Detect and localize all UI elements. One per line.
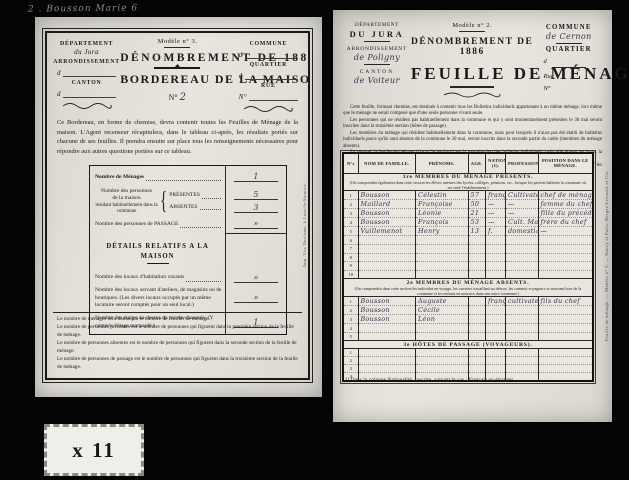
cell-profession [506, 324, 539, 333]
cell-nom [358, 332, 416, 341]
cell-age [468, 236, 486, 245]
commune-label: COMMUNE [534, 24, 604, 31]
cell-nationalite [486, 365, 506, 373]
cell-nom: Bousson [358, 297, 416, 306]
row-ateliers: Nombre des locaux servant d'ateliers, de… [90, 285, 286, 312]
row-passage: Nombre des personnes de PASSAGE » [90, 215, 286, 233]
cell-nationalite [486, 262, 506, 271]
cell-position: fils du chef [538, 297, 593, 306]
section2-heading: 2e MEMBRES DU MÉNAGE ABSENTS. [343, 279, 593, 287]
column-header: NOM DE FAMILLE. [358, 153, 416, 173]
cell-age [468, 297, 486, 306]
cell-profession [506, 332, 539, 341]
cell-position [538, 270, 593, 279]
presentes-value: 5 [234, 190, 278, 200]
cell-position: fille du précéd. [538, 209, 593, 218]
cell-nom: Bousson [358, 209, 416, 218]
cell-prenoms [416, 332, 469, 341]
cell-num: 3 [343, 209, 358, 218]
cell-age: 21 [468, 209, 486, 218]
cell-profession: Cultivateur [506, 191, 539, 200]
printer-imprint: Feuille de ménage. — Modèle n° 2. — Nanc… [604, 170, 609, 341]
menage-table: N°sNOM DE FAMILLE.PRÉNOMS.AGE.NATIONALIT… [342, 152, 594, 382]
column-header: PRÉNOMS. [416, 153, 469, 173]
cell-prenoms [416, 262, 469, 271]
cell-position: frère du chef [538, 218, 593, 227]
commune-value: de Cernon [534, 32, 604, 41]
cell-nationalite [486, 315, 506, 324]
arrondissement-label: ARRONDISSEMENT [343, 46, 411, 52]
table-row: 8 [343, 253, 593, 262]
cell-profession [506, 245, 539, 254]
vacants-value: » [234, 273, 278, 283]
cell-num: 3 [343, 315, 358, 324]
ornament-divider: ◆ [154, 67, 200, 69]
section1-note: (On comprendra également dans cette sect… [343, 181, 593, 191]
cell-profession [506, 315, 539, 324]
handwritten-index-annotation: 2 . Bousson Marie 6 [28, 3, 138, 14]
cell-nom [358, 349, 416, 357]
section3-rows: 1234 [343, 349, 593, 381]
cell-position [538, 245, 593, 254]
cell-position [538, 236, 593, 245]
cell-prenoms [416, 270, 469, 279]
canton-label: CANTON [343, 69, 411, 75]
maison-numero: N° 2 [120, 92, 235, 103]
commune-label: COMMUNE [235, 41, 302, 47]
cell-nationalite [486, 357, 506, 365]
cell-profession: — [506, 200, 539, 209]
section2-note: (On comprendra dans cette section les in… [343, 287, 593, 297]
cell-num: 9 [343, 262, 358, 271]
section3-heading: 3e HÔTES DE PASSAGE (VOYAGEURS). [343, 341, 593, 349]
cell-position: — [538, 227, 593, 236]
cell-position [538, 315, 593, 324]
table-row: 3BoussonLéonie21——fille du précéd. [343, 209, 593, 218]
cell-prenoms [416, 236, 469, 245]
brace: { [160, 185, 167, 219]
footnote: Le nombre de personnes présentes est le … [57, 324, 298, 340]
column-header: NATIONALITÉ (1). [486, 153, 506, 173]
corner-departement: DÉPARTEMENT du Jura ARRONDISSEMENT d CAN… [53, 38, 120, 112]
cell-num: 6 [343, 236, 358, 245]
cell-num: 8 [343, 253, 358, 262]
right-masthead: Modèle n° 2. DÉNOMBREMENT DE 1886 FEUILL… [411, 22, 534, 98]
arrondissement-label: ARRONDISSEMENT [53, 59, 120, 65]
flourish-squiggle [442, 91, 502, 98]
table-row: 7 [343, 245, 593, 254]
cell-prenoms: Léon [416, 315, 469, 324]
table-row: 2BoussonCécile [343, 306, 593, 315]
column-header: N°s [343, 153, 358, 173]
cell-num: 5 [343, 332, 358, 341]
row-personnes: Nombre des personnes de la maison résida… [90, 188, 286, 215]
table-row: 2MaillardFrançoise50——femme du chef [343, 200, 593, 209]
cell-nom [358, 357, 416, 365]
cell-nationalite [486, 270, 506, 279]
footnotes: Le nombre de ménages sera donné par le n… [53, 312, 302, 374]
cell-age [468, 315, 486, 324]
cell-num: 7 [343, 245, 358, 254]
cell-position [538, 262, 593, 271]
column-header: POSITION DANS LE MÉNAGE. [538, 153, 593, 173]
feuille-menage-title: FEUILLE DE MÉNAGE [411, 64, 534, 84]
bordereau-instructions: Ce Bordereau, en forme de chemise, devra… [47, 112, 308, 156]
cell-num: 2 [343, 357, 358, 365]
cell-profession [506, 262, 539, 271]
cell-num: 2 [343, 200, 358, 209]
table-row: 3 [343, 365, 593, 373]
cell-num: 1 [343, 297, 358, 306]
cell-num: 1 [343, 349, 358, 357]
cell-age: 53 [468, 218, 486, 227]
cell-age [468, 365, 486, 373]
left-masthead: Modèle n° 3. DÉNOMBREMENT DE 1886 ◆ BORD… [120, 38, 235, 112]
flourish-squiggle [61, 101, 113, 109]
table-row: 6 [343, 236, 593, 245]
table-row: 1BoussonCélestin57françaisCultivateurche… [343, 191, 593, 200]
cell-num: 3 [343, 365, 358, 373]
modele-label: Modèle n° 2. [411, 22, 534, 29]
cell-age [468, 245, 486, 254]
cell-nationalite [486, 332, 506, 341]
table-row: 1BoussonAugustefrançaiscultivateurfils d… [343, 297, 593, 306]
footnote: Le nombre de personnes absentes est le n… [57, 340, 298, 356]
cell-position [538, 253, 593, 262]
printer-imprint: Imp. Vve Declume, à Lons-le-Saunier. [302, 183, 307, 267]
section1-rows: 1BoussonCélestin57françaisCultivateurche… [343, 191, 593, 279]
cell-position: chef de ménage [538, 191, 593, 200]
cell-prenoms [416, 245, 469, 254]
cell-prenoms: Auguste [416, 297, 469, 306]
cell-profession [506, 253, 539, 262]
cell-num: 4 [343, 218, 358, 227]
cell-num: 4 [343, 324, 358, 333]
cell-prenoms [416, 357, 469, 365]
rue-label: Rue [534, 73, 604, 80]
cell-nom [358, 245, 416, 254]
table-row: 4 [343, 324, 593, 333]
cell-prenoms: Célestin [416, 191, 469, 200]
cell-prenoms: Léonie [416, 209, 469, 218]
cell-age [468, 357, 486, 365]
cell-prenoms: Cécile [416, 306, 469, 315]
cell-position [538, 365, 593, 373]
cell-age [468, 324, 486, 333]
cell-nom: Maillard [358, 200, 416, 209]
column-header-row: N°sNOM DE FAMILLE.PRÉNOMS.AGE.NATIONALIT… [343, 153, 593, 173]
flourish-squiggle [242, 104, 294, 112]
cell-profession [506, 306, 539, 315]
arrondissement-value: de Poligny [343, 53, 411, 62]
denombrement-title: DÉNOMBREMENT DE 1886 [411, 37, 534, 57]
cell-nationalite: français [486, 191, 506, 200]
bordereau-title: BORDEREAU DE LA MAISON [120, 72, 235, 87]
table-row: 1 [343, 349, 593, 357]
menages-value: 1 [234, 172, 278, 182]
cell-nationalite [486, 349, 506, 357]
scanned-census-sheet: 2 . Bousson Marie 6 DÉPARTEMENT du Jura … [0, 0, 629, 480]
table-row: 3BoussonLéon [343, 315, 593, 324]
section1-heading: 1re MEMBRES DU MÉNAGE PRÉSENTS. [343, 173, 593, 181]
cell-age: 13 [468, 227, 486, 236]
canton-value: de Voiteur [343, 76, 411, 85]
cell-profession [506, 365, 539, 373]
cell-prenoms [416, 253, 469, 262]
absentes-value: 3 [234, 203, 278, 213]
cell-profession [506, 236, 539, 245]
cell-prenoms [416, 349, 469, 357]
cell-prenoms [416, 365, 469, 373]
cell-nom [358, 324, 416, 333]
cell-nationalite: — [486, 209, 506, 218]
passage-value: » [234, 219, 278, 229]
table-row: 9 [343, 262, 593, 271]
table-row: 4BoussonFrançois53—Cult. Man.frère du ch… [343, 218, 593, 227]
copy-count-label: x 11 [72, 438, 116, 463]
cell-nom: Vuillemenot [358, 227, 416, 236]
cell-nationalite [486, 253, 506, 262]
copy-count-stamp: x 11 [44, 424, 144, 476]
page-frame: DÉPARTEMENT du Jura ARRONDISSEMENT d CAN… [42, 28, 313, 383]
cell-position: femme du chef [538, 200, 593, 209]
cell-num: 5 [343, 227, 358, 236]
cell-nom: Bousson [358, 306, 416, 315]
cell-num: 2 [343, 306, 358, 315]
maison-numero-value: 2 [180, 92, 187, 103]
cell-nom [358, 236, 416, 245]
cell-prenoms: Françoise [416, 200, 469, 209]
cell-nationalite [486, 306, 506, 315]
quartier-label: QUARTIER [534, 46, 604, 53]
cell-position [538, 306, 593, 315]
cell-profession [506, 357, 539, 365]
cell-nom [358, 365, 416, 373]
cell-age [468, 270, 486, 279]
canton-label: CANTON [53, 80, 120, 86]
summary-table: Nombre de Ménages 1 Nombre des personnes… [89, 165, 287, 334]
cell-nationalite: f. [486, 227, 506, 236]
cell-profession: Cult. Man. [506, 218, 539, 227]
departement-label: DÉPARTEMENT [343, 22, 411, 28]
table-row: 5VuillemenotHenry13f.domestique— [343, 227, 593, 236]
corner-commune: COMMUNE de Cernon QUARTIER d Rue N° [534, 22, 604, 98]
cell-nationalite: français [486, 297, 506, 306]
departement-value: DU JURA [343, 29, 411, 39]
nationalite-footnote: (1) Dans la colonne Nationalité, inscrir… [343, 378, 515, 383]
cell-position [538, 357, 593, 365]
cell-profession: cultivateur [506, 297, 539, 306]
cell-prenoms: François [416, 218, 469, 227]
departement-label: DÉPARTEMENT [53, 41, 120, 47]
cell-position [538, 324, 593, 333]
cell-nom [358, 270, 416, 279]
right-page-header: DÉPARTEMENT DU JURA ARRONDISSEMENT de Po… [333, 10, 612, 98]
cell-nom: Bousson [358, 191, 416, 200]
cell-age: 57 [468, 191, 486, 200]
cell-age [468, 332, 486, 341]
row-vacants: Nombre des locaux d'habitation vacants » [90, 271, 286, 285]
cell-nationalite: — [486, 218, 506, 227]
table-row: 10 [343, 270, 593, 279]
cell-age: 50 [468, 200, 486, 209]
cell-profession: domestique [506, 227, 539, 236]
rue-label: RUE [235, 83, 302, 89]
modele-label: Modèle n° 3. [120, 38, 235, 45]
cell-profession [506, 270, 539, 279]
column-header: AGE. [468, 153, 486, 173]
cell-prenoms: Henry [416, 227, 469, 236]
corner-commune: COMMUNE d QUARTIER d RUE N° [235, 38, 302, 112]
cell-prenoms [416, 324, 469, 333]
column-header: PROFESSION. [506, 153, 539, 173]
cell-num: 10 [343, 270, 358, 279]
cell-nom: Bousson [358, 218, 416, 227]
cell-position [538, 332, 593, 341]
footnote: Le nombre de personnes de passage est le… [57, 356, 298, 372]
numero-label: N° [534, 85, 604, 92]
cell-nom: Bousson [358, 315, 416, 324]
cell-age [468, 253, 486, 262]
table-row: 5 [343, 332, 593, 341]
cell-age [468, 349, 486, 357]
cell-profession: — [506, 209, 539, 218]
page-bordereau-maison: DÉPARTEMENT du Jura ARRONDISSEMENT d CAN… [35, 17, 322, 397]
table-row: 2 [343, 357, 593, 365]
cell-age [468, 306, 486, 315]
left-page-header: DÉPARTEMENT du Jura ARRONDISSEMENT d CAN… [47, 33, 308, 112]
ateliers-value: » [234, 293, 278, 303]
cell-num: 1 [343, 191, 358, 200]
cell-nationalite [486, 324, 506, 333]
page-feuille-menage: DÉPARTEMENT DU JURA ARRONDISSEMENT de Po… [333, 10, 612, 422]
departement-value: du Jura [53, 48, 120, 56]
details-heading: DÉTAILS RELATIFS A LA MAISON [90, 233, 225, 262]
corner-departement: DÉPARTEMENT DU JURA ARRONDISSEMENT de Po… [343, 22, 411, 98]
row-details-heading: DÉTAILS RELATIFS A LA MAISON [90, 233, 286, 270]
quartier-label: QUARTIER [235, 62, 302, 68]
cell-position [538, 349, 593, 357]
section2-rows: 1BoussonAugustefrançaiscultivateurfils d… [343, 297, 593, 341]
cell-position [538, 373, 593, 381]
cell-nom [358, 262, 416, 271]
cell-age [468, 262, 486, 271]
cell-profession [506, 349, 539, 357]
cell-nom [358, 253, 416, 262]
cell-nationalite [486, 245, 506, 254]
cell-nationalite: — [486, 200, 506, 209]
cell-nationalite [486, 236, 506, 245]
